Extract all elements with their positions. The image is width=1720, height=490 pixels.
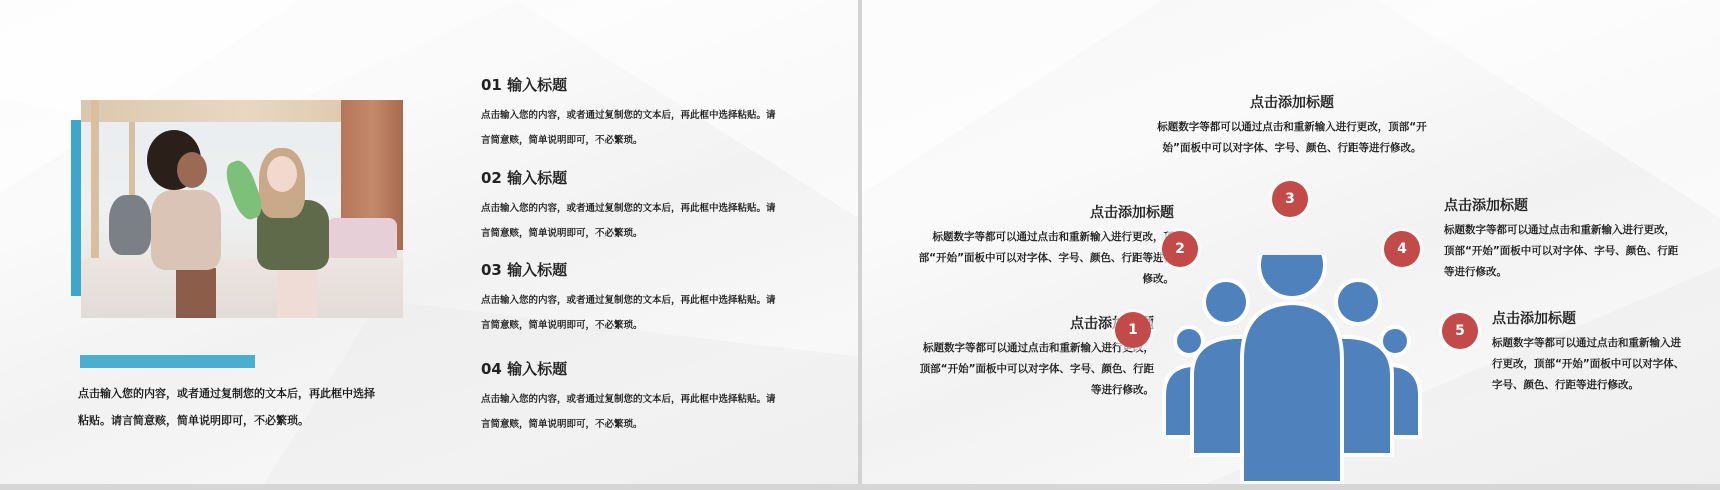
slide-1[interactable]: 点击输入您的内容，或者通过复制您的文本后，再此框中选择粘贴。请言简意赅，简单说明… <box>0 0 858 484</box>
section-04: 04 输入标题 点击输入您的内容，或者通过复制您的文本后，再此框中选择粘贴。请言… <box>481 358 781 437</box>
section-body[interactable]: 点击输入您的内容，或者通过复制您的文本后，再此框中选择粘贴。请言简意赅，简单说明… <box>481 103 781 153</box>
photo-detail <box>267 156 297 192</box>
photo-detail <box>176 268 216 318</box>
people-group-icon[interactable] <box>1162 255 1422 484</box>
item-title[interactable]: 点击添加标题 <box>1444 195 1684 215</box>
section-title[interactable]: 02 输入标题 <box>481 167 781 188</box>
item-2: 点击添加标题 标题数字等都可以通过点击和重新输入进行更改，顶部“开始”面板中可以… <box>912 202 1174 290</box>
section-body[interactable]: 点击输入您的内容，或者通过复制您的文本后，再此框中选择粘贴。请言简意赅，简单说明… <box>481 196 781 246</box>
number-badge-3[interactable]: 3 <box>1272 181 1308 217</box>
photo-detail <box>177 152 207 188</box>
section-title[interactable]: 04 输入标题 <box>481 358 781 379</box>
item-3: 点击添加标题 标题数字等都可以通过点击和重新输入进行更改，顶部“开始”面板中可以… <box>1152 92 1432 159</box>
item-body[interactable]: 标题数字等都可以通过点击和重新输入进行更改，顶部“开始”面板中可以对字体、字号、… <box>912 227 1174 290</box>
item-title[interactable]: 点击添加标题 <box>1492 308 1687 328</box>
item-4: 点击添加标题 标题数字等都可以通过点击和重新输入进行更改，顶部“开始”面板中可以… <box>1444 195 1684 283</box>
number-badge-5[interactable]: 5 <box>1442 313 1478 349</box>
section-01: 01 输入标题 点击输入您的内容，或者通过复制您的文本后，再此框中选择粘贴。请言… <box>481 74 781 153</box>
accent-horizontal-bar <box>80 355 255 368</box>
item-body[interactable]: 标题数字等都可以通过点击和重新输入进行更改，顶部“开始”面板中可以对字体、字号、… <box>1152 117 1432 159</box>
item-body[interactable]: 标题数字等都可以通过点击和重新输入进行更改，顶部“开始”面板中可以对字体、字号、… <box>1492 333 1687 396</box>
caption-text[interactable]: 点击输入您的内容，或者通过复制您的文本后，再此框中选择粘贴。请言简意赅，简单说明… <box>78 380 378 434</box>
item-5: 点击添加标题 标题数字等都可以通过点击和重新输入进行更改，顶部“开始”面板中可以… <box>1492 308 1687 396</box>
section-body[interactable]: 点击输入您的内容，或者通过复制您的文本后，再此框中选择粘贴。请言简意赅，简单说明… <box>481 288 781 338</box>
item-body[interactable]: 标题数字等都可以通过点击和重新输入进行更改，顶部“开始”面板中可以对字体、字号、… <box>914 338 1154 401</box>
item-body[interactable]: 标题数字等都可以通过点击和重新输入进行更改，顶部“开始”面板中可以对字体、字号、… <box>1444 220 1684 283</box>
section-03: 03 输入标题 点击输入您的内容，或者通过复制您的文本后，再此框中选择粘贴。请言… <box>481 259 781 338</box>
photo-detail <box>81 258 403 318</box>
section-title[interactable]: 01 输入标题 <box>481 74 781 95</box>
photo-detail <box>277 268 317 318</box>
photo-detail <box>109 195 151 255</box>
section-02: 02 输入标题 点击输入您的内容，或者通过复制您的文本后，再此框中选择粘贴。请言… <box>481 167 781 246</box>
children-photo[interactable] <box>81 100 403 318</box>
section-title[interactable]: 03 输入标题 <box>481 259 781 280</box>
slide-2[interactable]: 点击添加标题 标题数字等都可以通过点击和重新输入进行更改，顶部“开始”面板中可以… <box>862 0 1720 484</box>
bottom-edge <box>0 484 1720 490</box>
photo-detail <box>151 190 221 270</box>
item-title[interactable]: 点击添加标题 <box>1152 92 1432 112</box>
section-body[interactable]: 点击输入您的内容，或者通过复制您的文本后，再此框中选择粘贴。请言简意赅，简单说明… <box>481 387 781 437</box>
number-badge-1[interactable]: 1 <box>1115 312 1151 348</box>
item-title[interactable]: 点击添加标题 <box>912 202 1174 222</box>
